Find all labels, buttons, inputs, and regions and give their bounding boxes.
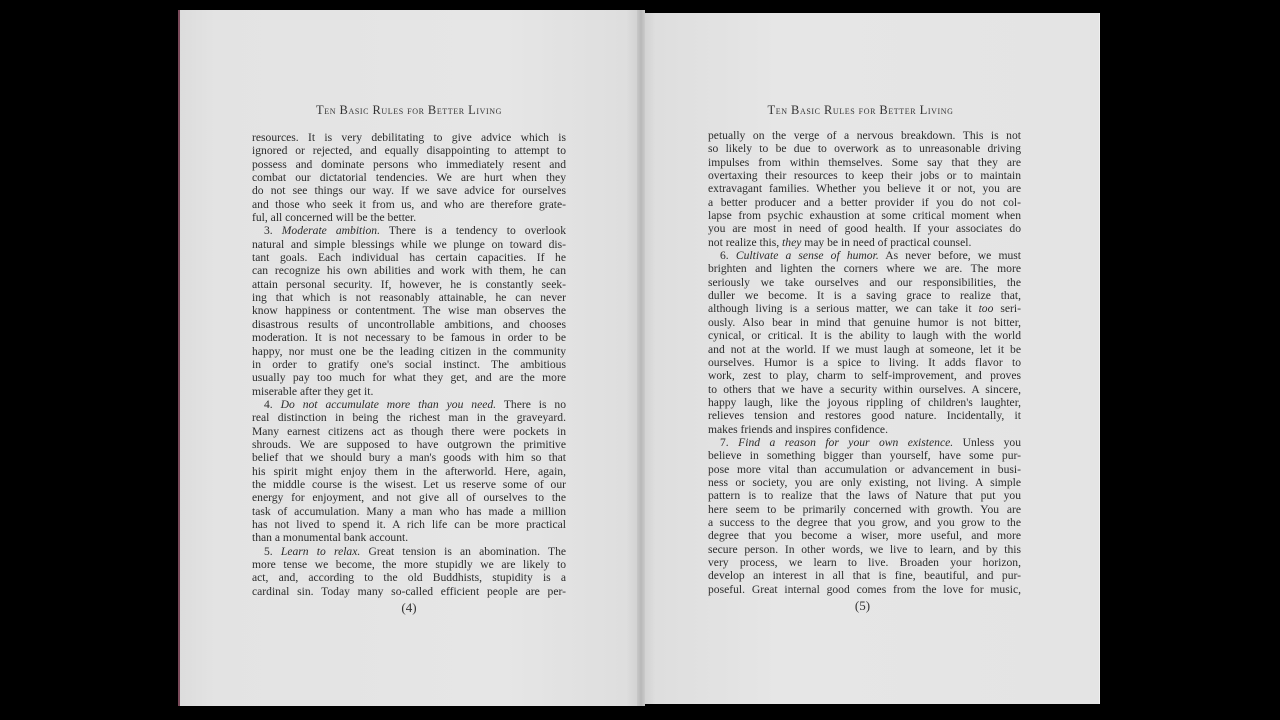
right-page: Ten Basic Rules for Better Living petual… xyxy=(642,13,1100,704)
text-line: has not lived to spend it. A rich life c… xyxy=(252,518,566,531)
text-line: cynical, or critical. It is the ability … xyxy=(708,329,1021,342)
text-line: here seem to be primarily concerned with… xyxy=(708,503,1021,516)
text-line: although living is a serious matter, we … xyxy=(708,302,1021,315)
rule-heading-line: 4. Do not accumulate more than you need.… xyxy=(252,398,566,411)
text-line: ourselves. Humor is a spice to living. I… xyxy=(708,356,1021,369)
text-line: possess and dominate persons who immedia… xyxy=(252,158,566,171)
text-line: combat our dictatorial tendencies. We ar… xyxy=(252,171,566,184)
text-line: very process, we learn to live. Broaden … xyxy=(708,556,1021,569)
text-line: ing that which is not reasonably attaina… xyxy=(252,291,566,304)
rule-title: Learn to relax. xyxy=(281,545,360,558)
text-line: secure person. In other words, we live t… xyxy=(708,543,1021,556)
text-line: do not see things our way. If we save ad… xyxy=(252,184,566,197)
text-line: extravagant families. Whether you believ… xyxy=(708,182,1021,195)
text-line: believe in something bigger than yoursel… xyxy=(708,449,1021,462)
text-line: shrouds. We are supposed to have outgrow… xyxy=(252,438,566,451)
rule-title: Do not accumulate more than you need. xyxy=(281,398,496,411)
text-line: ful, all concerned will be the better. xyxy=(252,211,566,224)
rule-title: Find a reason for your own existence. xyxy=(738,436,953,449)
text-line: pattern is to realize that the laws of N… xyxy=(708,489,1021,502)
text-line: degree that you become a wiser, more use… xyxy=(708,529,1021,542)
text-line: a better producer and a better provider … xyxy=(708,196,1021,209)
text-line: act, and, according to the old Buddhists… xyxy=(252,571,566,584)
text-line: work, zest to play, charm to self-improv… xyxy=(708,369,1021,382)
text-line: his spirit might enjoy them in the after… xyxy=(252,465,566,478)
text-line: more tense we become, the more stupidly … xyxy=(252,558,566,571)
text-line: develop an interest in all that is fine,… xyxy=(708,569,1021,582)
text-line: real distinction in being the richest ma… xyxy=(252,411,566,424)
text-line: makes friends and inspires confidence. xyxy=(708,423,1021,436)
text-line: belief that we should bury a man's goods… xyxy=(252,451,566,464)
text-line: impulses from within themselves. Some sa… xyxy=(708,156,1021,169)
right-page-text: petually on the verge of a nervous break… xyxy=(708,129,1021,596)
text-line: to others that we have a security within… xyxy=(708,383,1021,396)
text-line: cardinal sin. Today many so-called effic… xyxy=(252,585,566,598)
text-line: brighten and lighten the corners where w… xyxy=(708,262,1021,275)
text-line: ness or society, you are only existing, … xyxy=(708,476,1021,489)
book-gutter xyxy=(637,10,645,706)
rule-title: Moderate ambition. xyxy=(282,224,380,237)
text-line: ignored or rejected, and equally disappo… xyxy=(252,144,566,157)
rule-title: Cultivate a sense of humor. xyxy=(736,249,879,262)
text-line: relieves tension and restores good natur… xyxy=(708,409,1021,422)
text-line: and those who seek it from us, and who a… xyxy=(252,198,566,211)
rule-heading-line: 6. Cultivate a sense of humor. As never … xyxy=(708,249,1021,262)
rule-heading-line: 7. Find a reason for your own existence.… xyxy=(708,436,1021,449)
text-line: moderation. It is not necessary to be fa… xyxy=(252,331,566,344)
text-line: ously. Also bear in mind that genuine hu… xyxy=(708,316,1021,329)
text-line: tant goals. Each individual has certain … xyxy=(252,251,566,264)
text-line: petually on the verge of a nervous break… xyxy=(708,129,1021,142)
text-line: task of accumulation. Many a man who has… xyxy=(252,505,566,518)
text-line: so likely to be due to overwork as to un… xyxy=(708,142,1021,155)
text-line: seriously we take ourselves and our resp… xyxy=(708,276,1021,289)
text-line: pose more vital than accumulation or adv… xyxy=(708,463,1021,476)
text-line: not realize this, they may be in need of… xyxy=(708,236,1021,249)
text-line: attain personal security. If, however, h… xyxy=(252,278,566,291)
text-line: miserable after they get it. xyxy=(252,385,566,398)
text-line: energy for enjoyment, and not give all o… xyxy=(252,491,566,504)
text-line: resources. It is very debilitating to gi… xyxy=(252,131,566,144)
text-line: a success to the degree that you grow, a… xyxy=(708,516,1021,529)
rule-heading-line: 3. Moderate ambition. There is a tendenc… xyxy=(252,224,566,237)
text-line: natural and simple blessings while we pl… xyxy=(252,238,566,251)
left-page: Ten Basic Rules for Better Living resour… xyxy=(178,10,640,706)
running-head-left: Ten Basic Rules for Better Living xyxy=(178,103,640,118)
text-line: overtaxing their resources to keep their… xyxy=(708,169,1021,182)
text-line: usually pay too much for what they get, … xyxy=(252,371,566,384)
text-line: poseful. Great internal good comes from … xyxy=(708,583,1021,596)
text-line: lapse from psychic exhaustion at some cr… xyxy=(708,209,1021,222)
text-line: in order to gratify one's social instinc… xyxy=(252,358,566,371)
text-line: you are most in need of good health. If … xyxy=(708,222,1021,235)
page-number-right: (5) xyxy=(634,598,1091,614)
text-line: the middle course is the wisest. Let us … xyxy=(252,478,566,491)
text-line: than a monumental bank account. xyxy=(252,531,566,544)
page-number-left: (4) xyxy=(178,600,640,616)
running-head-right: Ten Basic Rules for Better Living xyxy=(632,103,1089,118)
left-page-text: resources. It is very debilitating to gi… xyxy=(252,131,566,598)
text-line: Many earnest citizens act as though ther… xyxy=(252,425,566,438)
text-line: duller we become. It is a saving grace t… xyxy=(708,289,1021,302)
text-line: and not at the world. If we must laugh a… xyxy=(708,343,1021,356)
text-line: know happiness or contentment. The wise … xyxy=(252,304,566,317)
text-line: disastrous results of uncontrollable amb… xyxy=(252,318,566,331)
text-line: happy, nor must one be the leading citiz… xyxy=(252,345,566,358)
text-line: happy laugh, like the joyous rippling of… xyxy=(708,396,1021,409)
text-line: can recognize his own abilities and work… xyxy=(252,264,566,277)
rule-heading-line: 5. Learn to relax. Great tension is an a… xyxy=(252,545,566,558)
